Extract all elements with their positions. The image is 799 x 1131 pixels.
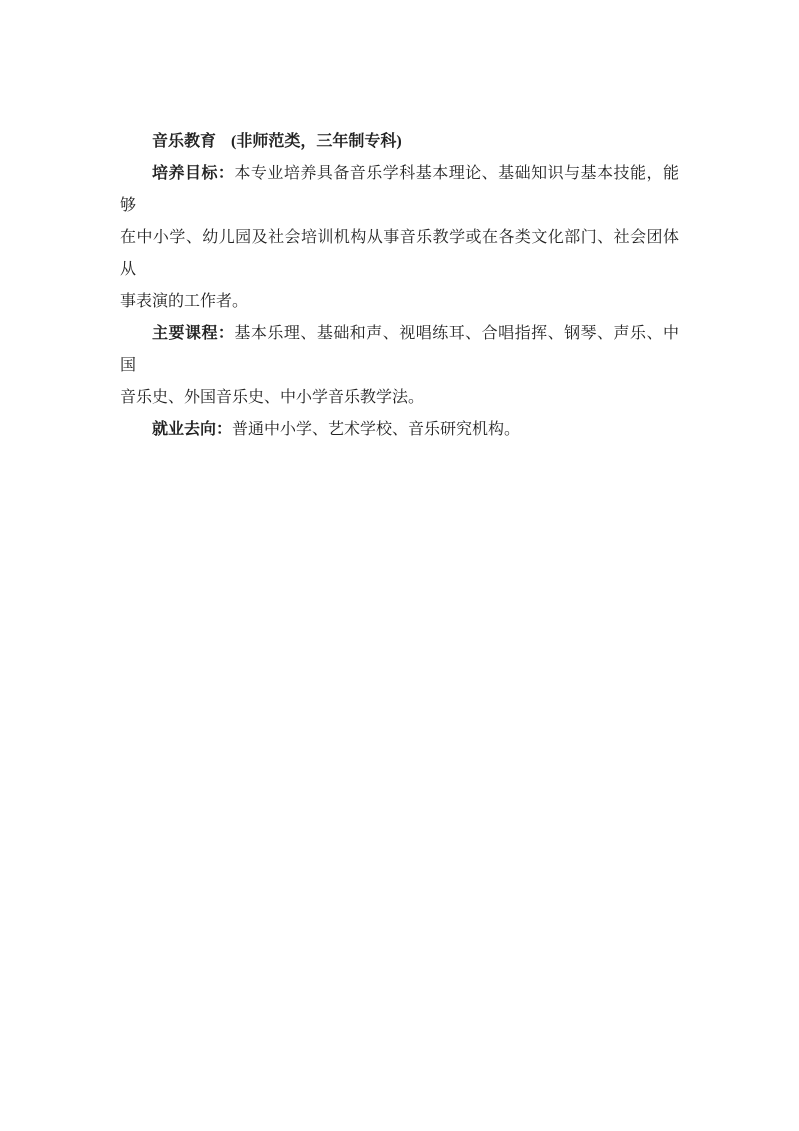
training-objective-line-2: 在中小学、幼儿园及社会培训机构从事音乐教学或在各类文化部门、社会团体从 [120, 222, 679, 286]
text-block: 音乐教育(非师范类，三年制专科) 培养目标：本专业培养具备音乐学科基本理论、基础… [120, 126, 679, 446]
main-courses-label: 主要课程： [152, 325, 234, 342]
program-subtitle: (非师范类，三年制专科) [231, 133, 402, 150]
main-courses-line-2: 音乐史、外国音乐史、中小学音乐教学法。 [120, 382, 679, 414]
employment-label: 就业去向： [152, 421, 232, 438]
employment-text-1: 普通中小学、艺术学校、音乐研究机构。 [232, 421, 520, 438]
training-objective-line-1: 培养目标：本专业培养具备音乐学科基本理论、基础知识与基本技能，能够 [120, 158, 679, 222]
main-courses-line-1: 主要课程：基本乐理、基础和声、视唱练耳、合唱指挥、钢琴、声乐、中国 [120, 318, 679, 382]
document-page: 音乐教育(非师范类，三年制专科) 培养目标：本专业培养具备音乐学科基本理论、基础… [0, 0, 799, 1131]
training-objective-line-3: 事表演的工作者。 [120, 286, 679, 318]
training-objective-label: 培养目标： [152, 165, 234, 182]
employment-line-1: 就业去向：普通中小学、艺术学校、音乐研究机构。 [120, 414, 679, 446]
program-title: 音乐教育 [152, 133, 216, 150]
program-heading: 音乐教育(非师范类，三年制专科) [120, 126, 679, 158]
